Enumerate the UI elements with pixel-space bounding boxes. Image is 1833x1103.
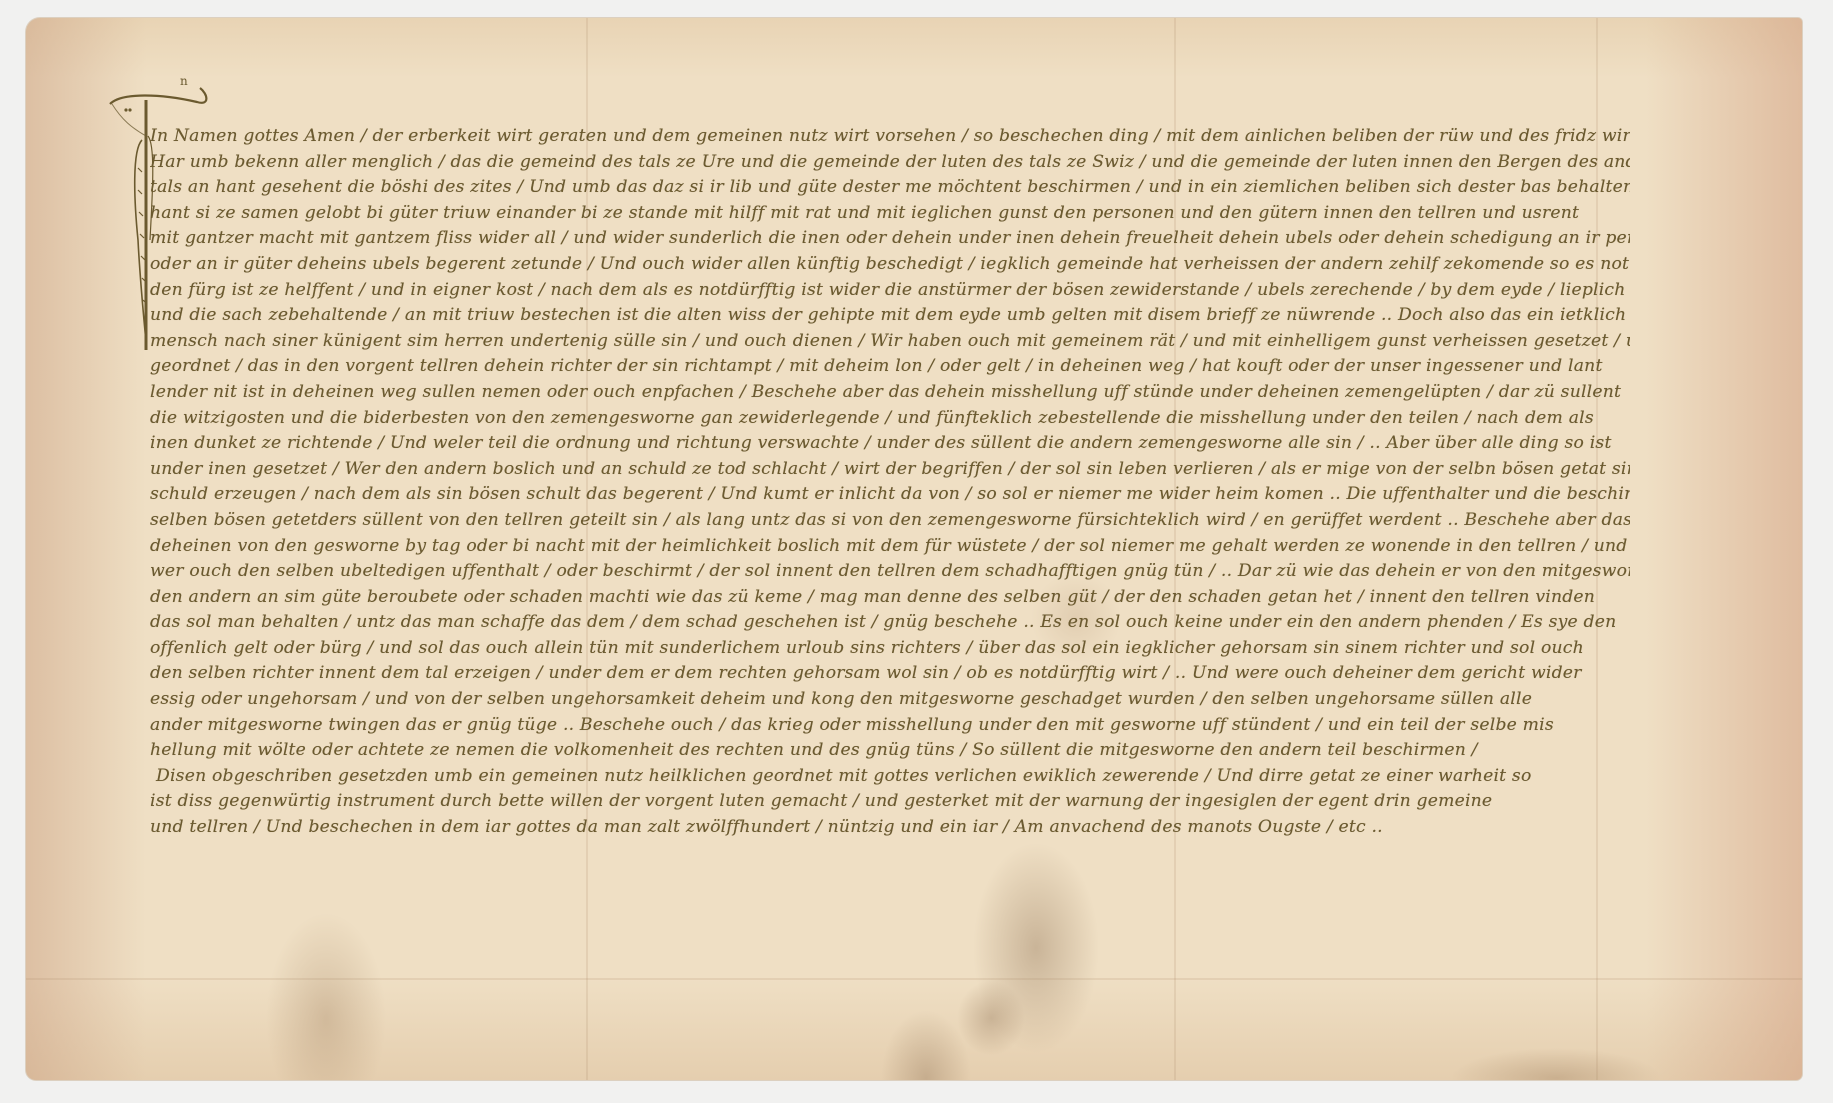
text-line: schuld erzeugen / nach dem als sin bösen… [150, 482, 1630, 508]
text-line: und tellren / Und beschechen in dem iar … [150, 815, 1630, 841]
parchment-charter: n In Namen gottes Amen / der erberkeit w… [26, 18, 1802, 1080]
text-line: offenlich gelt oder bürg / und sol das o… [150, 636, 1630, 662]
text-line: die witzigosten und die biderbesten von … [150, 406, 1630, 432]
text-line: under inen gesetzet / Wer den andern bos… [150, 457, 1630, 483]
fold-line [26, 978, 1802, 980]
text-line: Har umb bekenn aller menglich / das die … [150, 150, 1630, 176]
text-line: mit gantzer macht mit gantzem fliss wide… [150, 226, 1630, 252]
text-line: ist diss gegenwürtig instrument durch be… [150, 789, 1630, 815]
text-line: In Namen gottes Amen / der erberkeit wir… [150, 124, 1630, 150]
text-line: den selben richter innent dem tal erzeig… [150, 661, 1630, 687]
text-line: und die sach zebehaltende / an mit triuw… [150, 303, 1630, 329]
text-line: hant si ze samen gelobt bi güter triuw e… [150, 201, 1630, 227]
text-line: wer ouch den selben ubeltedigen uffentha… [150, 559, 1630, 585]
text-line: mensch nach siner künigent sim herren un… [150, 329, 1630, 355]
text-line: inen dunket ze richtende / Und weler tei… [150, 431, 1630, 457]
text-line: deheinen von den gesworne by tag oder bi… [150, 534, 1630, 560]
text-line: tals an hant gesehent die böshi des zite… [150, 175, 1630, 201]
text-line: den fürg ist ze helffent / und in eigner… [150, 278, 1630, 304]
text-line: oder an ir güter deheins ubels begerent … [150, 252, 1630, 278]
charter-text: In Namen gottes Amen / der erberkeit wir… [150, 124, 1630, 841]
text-line: essig oder ungehorsam / und von der selb… [150, 687, 1630, 713]
text-line: Disen obgeschriben gesetzden umb ein gem… [150, 764, 1630, 790]
text-line: lender nit ist in deheinen weg sullen ne… [150, 380, 1630, 406]
text-line: selben bösen getetders süllent von den t… [150, 508, 1630, 534]
text-line: geordnet / das in den vorgent tellren de… [150, 354, 1630, 380]
text-line: ander mitgesworne twingen das er gnüg tü… [150, 713, 1630, 739]
text-line: das sol man behalten / untz das man scha… [150, 610, 1630, 636]
text-line: den andern an sim güte beroubete oder sc… [150, 585, 1630, 611]
text-line: hellung mit wölte oder achtete ze nemen … [150, 738, 1630, 764]
